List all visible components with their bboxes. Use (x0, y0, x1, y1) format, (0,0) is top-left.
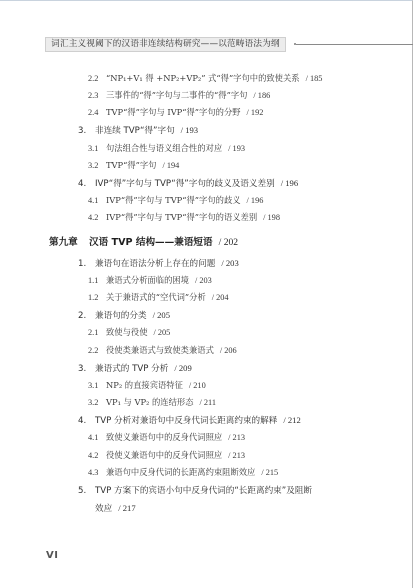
toc-entry-page: / 192 (247, 108, 264, 117)
toc-entry[interactable]: 4.1IVP“得”字句与 TVP“得”字句的歧义/ 196 (88, 194, 263, 206)
toc-entry-page: / 213 (228, 451, 245, 460)
toc-entry[interactable]: 4.2IVP“得”字句与 TVP“得”字句的语义差别/ 198 (88, 211, 280, 223)
toc-entry-number: 3. (78, 364, 95, 374)
toc-entry-page: / 203 (195, 276, 212, 285)
toc-entry-number: 3.1 (88, 144, 106, 153)
toc-entry-title: 致使与役使 (106, 327, 148, 337)
toc-entry-page: / 215 (261, 468, 278, 477)
toc-entry-number: 4.2 (88, 451, 106, 460)
toc-entry[interactable]: 2.2“NP₁+V₁ 得 +NP₂+VP₂” 式“得”字句中的致使关系/ 185 (88, 72, 322, 84)
toc-entry[interactable]: 1.2关于兼语式的“空代词”分析/ 204 (88, 291, 229, 303)
chapter-title: 汉语 TVP 结构——兼语短语 (89, 237, 213, 248)
running-head-rule (296, 44, 413, 45)
toc-entry[interactable]: 5.TVP 方案下的宾语小句中反身代词的“长距离约束”及阻断 (78, 484, 312, 496)
toc-entry-number: 3. (78, 126, 95, 136)
toc-entry-number: 4. (78, 416, 95, 426)
toc-entry-page: / 204 (212, 293, 229, 302)
toc-entry-number: 5. (78, 486, 95, 496)
toc-entry-number: 3.1 (88, 381, 106, 390)
toc-entry-number: 2.3 (88, 91, 106, 100)
toc-entry-page: / 205 (154, 328, 171, 337)
toc-entry[interactable]: 4.3兼语句中反身代词的长距离约束阻断效应/ 215 (88, 466, 278, 478)
toc-entry-page: / 185 (306, 74, 323, 83)
toc-entry-title: 非连续 TVP“得”字句 (95, 126, 175, 136)
toc-entry-number: 2.2 (88, 346, 106, 355)
toc-entry[interactable]: 2.兼语句的分类/ 205 (78, 309, 170, 321)
toc-entry[interactable]: 4.IVP“得”字句与 TVP“得”字句的歧义及语义差别/ 196 (78, 177, 298, 189)
toc-entry-page: / 196 (247, 196, 264, 205)
toc-entry[interactable]: 4.2役使义兼语句中的反身代词照应/ 213 (88, 449, 245, 461)
toc-entry-page: / 211 (200, 398, 217, 407)
toc-entry-title: TVP“得”字句 (106, 160, 156, 170)
toc-entry-number: 3.2 (88, 161, 106, 170)
toc-entry-page: / 210 (189, 381, 206, 390)
toc-entry-continuation[interactable]: 效应/ 217 (95, 502, 136, 514)
toc-entry[interactable]: 3.非连续 TVP“得”字句/ 193 (78, 124, 198, 136)
toc-entry-number: 1. (78, 259, 95, 269)
toc-entry[interactable]: 2.2役使类兼语式与致使类兼语式/ 206 (88, 344, 237, 356)
toc-entry-title: TVP 分析对兼语句中反身代词长距离约束的解释 (95, 416, 277, 426)
toc-entry-page: / 213 (228, 433, 245, 442)
toc-entry-page: / 194 (162, 161, 179, 170)
toc-entry-title: 关于兼语式的“空代词”分析 (106, 292, 206, 302)
toc-entry[interactable]: 2.4TVP“得”字句与 IVP“得”字句的分野/ 192 (88, 106, 263, 118)
toc-entry-title: 兼语句在语法分析上存在的问题 (95, 259, 215, 269)
toc-entry[interactable]: 1.1兼语式分析面临的困境/ 203 (88, 274, 212, 286)
toc-entry-title: 句法组合性与语义组合性的对应 (106, 143, 222, 153)
toc-entry-title: 三事件的“得”字句与二事件的“得”字句 (106, 90, 247, 100)
toc-entry-page: / 196 (281, 178, 298, 188)
toc-entry-title: NP₂ 的直接宾语特征 (106, 380, 183, 390)
chapter-number: 第九章 (49, 234, 89, 248)
toc-entry-number: 4.3 (88, 468, 106, 477)
toc-entry-number: 1.2 (88, 293, 106, 302)
toc-entry[interactable]: 2.3三事件的“得”字句与二事件的“得”字句/ 186 (88, 89, 270, 101)
toc-entry-number: 2.1 (88, 328, 106, 337)
running-head: 词汇主义视阈下的汉语非连续结构研究——以范畴语法为纲 (45, 37, 286, 52)
toc-entry-title: VP₁ 与 VP₂ 的连结形态 (106, 397, 194, 407)
toc-entry[interactable]: 3.兼语式的 TVP 分析/ 209 (78, 362, 192, 374)
page-number: VI (46, 550, 58, 561)
toc-entry-page: / 186 (253, 91, 270, 100)
toc-entry-number: 2.2 (88, 74, 106, 83)
toc-entry-title: 役使类兼语式与致使类兼语式 (106, 345, 214, 355)
chapter-page: / 202 (219, 237, 238, 248)
toc-entry-title: IVP“得”字句与 TVP“得”字句的语义差别 (106, 212, 257, 222)
toc-entry-title: IVP“得”字句与 TVP“得”字句的歧义 (106, 195, 241, 205)
toc-entry-page: / 203 (221, 258, 238, 268)
toc-entry[interactable]: 3.1NP₂ 的直接宾语特征/ 210 (88, 379, 206, 391)
toc-entry-number: 3.2 (88, 398, 106, 407)
toc-entry-page: / 209 (174, 363, 191, 373)
toc-entry[interactable]: 3.1句法组合性与语义组合性的对应/ 193 (88, 142, 245, 154)
toc-entry-number: 2.4 (88, 108, 106, 117)
toc-entry-title: 致使义兼语句中的反身代词照应 (106, 432, 222, 442)
toc-entry[interactable]: 2.1致使与役使/ 205 (88, 326, 170, 338)
toc-entry-title: 兼语句的分类 (95, 311, 147, 321)
toc-entry-title: 兼语句中反身代词的长距离约束阻断效应 (106, 467, 255, 477)
toc-entry[interactable]: 3.2VP₁ 与 VP₂ 的连结形态/ 211 (88, 396, 216, 408)
toc-entry-page: / 212 (283, 415, 300, 425)
toc-entry-number: 4.1 (88, 196, 106, 205)
toc-entry-number: 1.1 (88, 276, 106, 285)
toc-entry-page: / 193 (228, 144, 245, 153)
toc-entry-title: TVP 方案下的宾语小句中反身代词的“长距离约束”及阻断 (95, 486, 312, 496)
toc-entry[interactable]: 1.兼语句在语法分析上存在的问题/ 203 (78, 257, 239, 269)
toc-entry-number: 4.1 (88, 433, 106, 442)
toc-entry-page: / 206 (220, 346, 237, 355)
toc-entry-number: 4. (78, 179, 95, 189)
toc-entry-page: / 205 (153, 310, 170, 320)
toc-entry-number: 2. (78, 311, 95, 321)
toc-entry-title: TVP“得”字句与 IVP“得”字句的分野 (106, 107, 241, 117)
toc-entry-page: / 193 (181, 125, 198, 135)
toc-entry-title: 兼语式的 TVP 分析 (95, 364, 168, 374)
toc-entry-page: / 198 (263, 213, 280, 222)
toc-entry-title: 兼语式分析面临的困境 (106, 275, 189, 285)
toc-entry-title: IVP“得”字句与 TVP“得”字句的歧义及语义差别 (95, 179, 275, 189)
book-page: 词汇主义视阈下的汉语非连续结构研究——以范畴语法为纲 2.2“NP₁+V₁ 得 … (0, 0, 413, 588)
toc-entry-title: 效应 (95, 504, 112, 514)
toc-entry-title: 役使义兼语句中的反身代词照应 (106, 450, 222, 460)
toc-entry[interactable]: 3.2TVP“得”字句/ 194 (88, 159, 179, 171)
toc-entry[interactable]: 4.TVP 分析对兼语句中反身代词长距离约束的解释/ 212 (78, 414, 301, 426)
toc-entry-number: 4.2 (88, 213, 106, 222)
toc-chapter-heading[interactable]: 第九章汉语 TVP 结构——兼语短语/ 202 (49, 234, 238, 248)
toc-entry-page: / 217 (118, 503, 135, 513)
toc-entry-title: “NP₁+V₁ 得 +NP₂+VP₂” 式“得”字句中的致使关系 (106, 73, 300, 83)
toc-entry[interactable]: 4.1致使义兼语句中的反身代词照应/ 213 (88, 431, 245, 443)
